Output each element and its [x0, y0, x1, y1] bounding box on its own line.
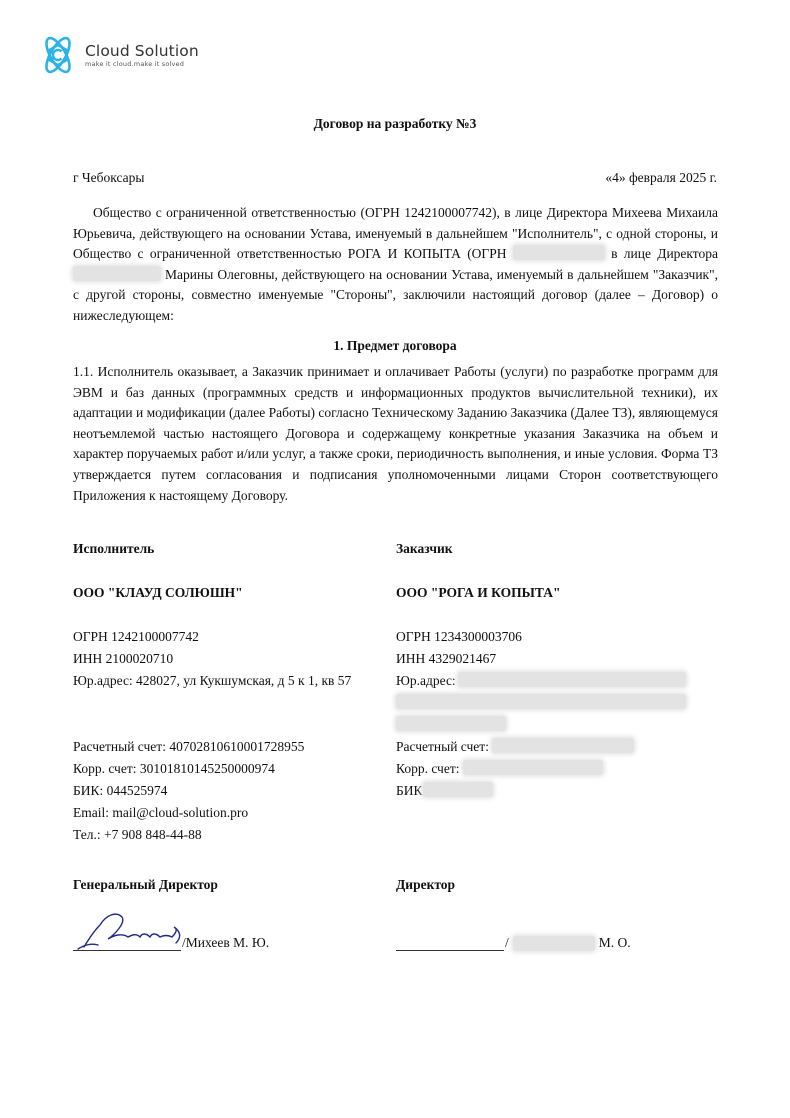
contract-date: «4» февраля 2025 г. — [605, 170, 717, 186]
customer-heading: Заказчик — [396, 538, 716, 560]
signature-underline — [73, 936, 181, 951]
signature-underline — [396, 936, 504, 951]
redacted-customer-account — [492, 738, 634, 753]
logo-name: Cloud Solution — [85, 42, 199, 60]
customer-inn: ИНН 4329021467 — [396, 648, 716, 670]
preamble-text-2: в лице Директора — [605, 246, 718, 261]
executor-address: Юр.адрес: 428027, ул Кукшумская, д 5 к 1… — [73, 670, 393, 692]
redacted-customer-address-line2 — [396, 694, 686, 709]
atom-logo-icon — [37, 34, 79, 76]
executor-ogrn: ОГРН 1242100007742 — [73, 626, 393, 648]
executor-corr-account: Корр. счет: 30101810145250000974 — [73, 758, 393, 780]
customer-signature-line: /М. О. — [396, 935, 631, 951]
executor-email[interactable]: Email: mail@cloud-solution.pro — [73, 802, 393, 824]
executor-phone: Тел.: +7 908 848-44-88 — [73, 824, 393, 846]
executor-bik: БИК: 044525974 — [73, 780, 393, 802]
executor-inn: ИНН 2100020710 — [73, 648, 393, 670]
customer-account-label: Расчетный счет: — [396, 739, 489, 754]
contract-place: г Чебоксары — [73, 170, 145, 186]
executor-heading: Исполнитель — [73, 538, 393, 560]
customer-sign-name: М. О. — [599, 935, 631, 951]
customer-details: Заказчик ООО "РОГА И КОПЫТА" ОГРН 123430… — [396, 538, 716, 802]
customer-bik-label: БИК — [396, 783, 423, 798]
document-title: Договор на разработку №3 — [0, 116, 790, 132]
executor-account: Расчетный счет: 40702810610001728955 — [73, 736, 393, 758]
redacted-customer-sign-surname — [513, 936, 595, 951]
logo-tagline: make it cloud.make it solved — [85, 60, 199, 69]
redacted-director-surname — [73, 266, 161, 281]
preamble-paragraph: Общество с ограниченной ответственностью… — [73, 203, 718, 327]
redacted-customer-address-line3 — [396, 716, 506, 731]
customer-corr-account-label: Корр. счет: — [396, 761, 460, 776]
executor-signature-line: /Михеев М. Ю. — [73, 935, 269, 951]
preamble-text-3: Марины Олеговны, действующего на основан… — [73, 267, 718, 323]
executor-company: ООО "КЛАУД СОЛЮШН" — [73, 582, 393, 604]
redacted-customer-bik — [423, 782, 493, 797]
customer-sign-title: Директор — [396, 877, 455, 893]
customer-ogrn: ОГРН 1234300003706 — [396, 626, 716, 648]
company-logo: Cloud Solution make it cloud.make it sol… — [37, 34, 199, 76]
redacted-customer-corr-account — [463, 760, 603, 775]
customer-address-label: Юр.адрес: — [396, 673, 456, 688]
customer-company: ООО "РОГА И КОПЫТА" — [396, 582, 716, 604]
executor-sign-name: Михеев М. Ю. — [186, 935, 269, 951]
section-1-title: 1. Предмет договора — [0, 338, 790, 354]
redacted-ogrn — [513, 245, 605, 260]
redacted-customer-address — [458, 672, 686, 687]
executor-details: Исполнитель ООО "КЛАУД СОЛЮШН" ОГРН 1242… — [73, 538, 393, 846]
executor-sign-title: Генеральный Директор — [73, 877, 218, 893]
clause-1-1: 1.1. Исполнитель оказывает, а Заказчик п… — [73, 362, 718, 506]
